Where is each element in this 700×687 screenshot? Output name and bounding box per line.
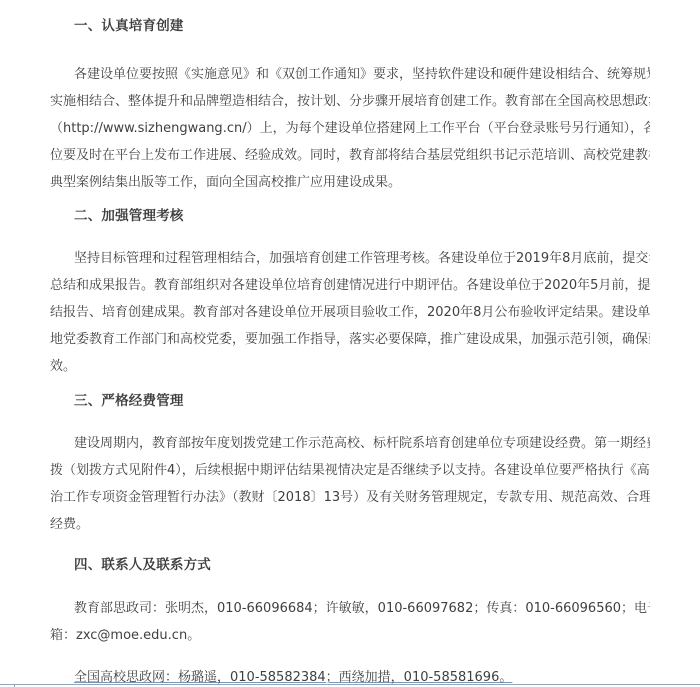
paragraph-line: 实施相结合、整体提升和品牌塑造相结合，按计划、分步骤开展培育创建工作。教育部在全… [50,88,650,115]
paragraph-line-with-link[interactable]: （http://www.sizhengwang.cn/）上，为每个建设单位搭建网… [50,115,650,142]
contact-moe: 教育部思政司：张明杰，010-66096684；许敏敏，010-66097682… [50,595,650,649]
section-heading-4: 四、联系人及联系方式 [74,553,211,573]
section-heading-1: 一、认真培育创建 [74,14,184,34]
bottom-divider [0,684,700,685]
paragraph-line: 拨（划拨方式见附件4），后续根据中期评估结果视情决定是否继续予以支持。各建设单位… [50,457,650,484]
paragraph-line: 各建设单位要按照《实施意见》和《双创工作通知》要求，坚持软件建设和硬件建设相结合… [50,61,650,88]
section-paragraph-3: 建设周期内，教育部按年度划拨党建工作示范高校、标杆院系培育创建单位专项建设经费。… [50,430,650,538]
paragraph-line: 建设周期内，教育部按年度划拨党建工作示范高校、标杆院系培育创建单位专项建设经费。… [50,430,650,457]
paragraph-line: 位要及时在平台上发布工作进展、经验成效。同时，教育部将结合基层党组织书记示范培训… [50,142,650,169]
paragraph-line: 地党委教育工作部门和高校党委，要加强工作指导，落实必要保障，推广建设成果，加强示… [50,326,650,353]
paragraph-line: 结报告、培育创建成果。教育部对各建设单位开展项目验收工作，2020年8月公布验收… [50,299,650,326]
paragraph-line: 治工作专项资金管理暂行办法》（教财〔2018〕13号）及有关财务管理规定，专款专… [50,484,650,511]
paragraph-line: 效。 [50,353,650,380]
paragraph-line: 总结和成果报告。教育部组织对各建设单位培育创建情况进行中期评估。各建设单位于20… [50,272,650,299]
section-paragraph-1: 各建设单位要按照《实施意见》和《双创工作通知》要求，坚持软件建设和硬件建设相结合… [50,61,650,196]
contact-line: 教育部思政司：张明杰，010-66096684；许敏敏，010-66097682… [50,595,650,622]
paragraph-line: 经费。 [50,511,650,538]
paragraph-line: 典型案例结集出版等工作，面向全国高校推广应用建设成果。 [50,169,650,196]
section-heading-2: 二、加强管理考核 [74,204,184,224]
paragraph-line: 坚持目标管理和过程管理相结合，加强培育创建工作管理考核。各建设单位于2019年8… [50,245,650,272]
section-paragraph-2: 坚持目标管理和过程管理相结合，加强培育创建工作管理考核。各建设单位于2019年8… [50,245,650,380]
section-heading-3: 三、严格经费管理 [74,389,184,409]
contact-email-line[interactable]: 箱：zxc@moe.edu.cn。 [50,622,650,649]
